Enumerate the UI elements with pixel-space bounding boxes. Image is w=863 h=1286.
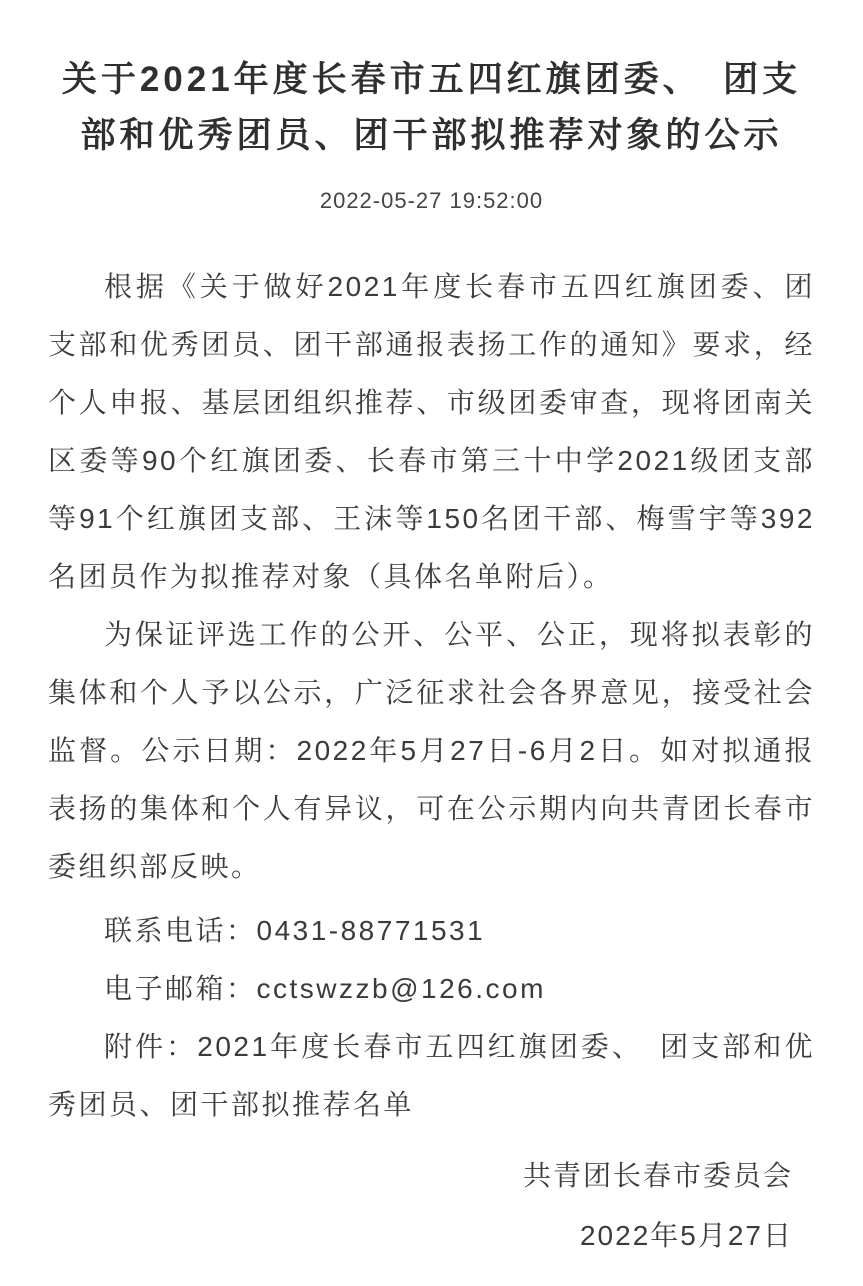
contact-email-line: 电子邮箱：cctswzzb@126.com	[48, 960, 815, 1018]
page-title-line-2: 部和优秀团员、团干部拟推荐对象的公示	[48, 108, 815, 164]
signature-date: 2022年5月27日	[48, 1206, 793, 1266]
attachment-line: 附件：2021年度长春市五四红旗团委、 团支部和优秀团员、团干部拟推荐名单	[48, 1018, 815, 1134]
announcement-page: 关于2021年度长春市五四红旗团委、 团支 部和优秀团员、团干部拟推荐对象的公示…	[0, 0, 863, 1286]
document-body: 根据《关于做好2021年度长春市五四红旗团委、团支部和优秀团员、团干部通报表扬工…	[48, 258, 815, 1134]
paragraph-publicity-period: 为保证评选工作的公开、公平、公正，现将拟表彰的集体和个人予以公示，广泛征求社会各…	[48, 606, 815, 896]
publish-timestamp: 2022-05-27 19:52:00	[48, 188, 815, 214]
page-title: 关于2021年度长春市五四红旗团委、 团支 部和优秀团员、团干部拟推荐对象的公示	[48, 52, 815, 164]
page-title-line-1: 关于2021年度长春市五四红旗团委、 团支	[48, 52, 815, 108]
signature-block: 共青团长春市委员会 2022年5月27日	[48, 1146, 815, 1266]
paragraph-basis: 根据《关于做好2021年度长春市五四红旗团委、团支部和优秀团员、团干部通报表扬工…	[48, 258, 815, 606]
contact-phone-line: 联系电话：0431-88771531	[48, 902, 815, 960]
signature-organization: 共青团长春市委员会	[48, 1146, 793, 1206]
